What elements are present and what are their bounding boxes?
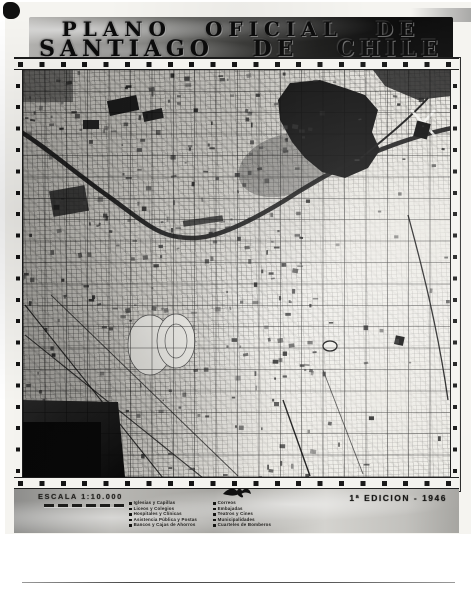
- condor-icon: [222, 485, 252, 499]
- map-legend: Iglesias y Capillas Liceos y Colegios Ho…: [129, 501, 271, 528]
- legend-right-column: Correos Embajadas Teatros y Cines Munici…: [213, 501, 271, 528]
- edition-label: 1ª EDICION - 1946: [349, 493, 447, 503]
- page: PLANO OFICIAL DE SANTIAGO DE CHILE: [0, 0, 476, 600]
- ruler-right-ticks: [453, 74, 457, 473]
- photo-corner-blemish: [3, 2, 20, 19]
- legend-symbol-icon: [129, 524, 132, 527]
- ruler-top: [14, 57, 459, 70]
- city-map: [23, 70, 450, 477]
- legend-symbol-icon: [129, 502, 132, 505]
- legend-item: Cuarteles de Bomberos: [213, 523, 271, 528]
- legend-label: Bancos y Cajas de Ahorros: [134, 523, 196, 528]
- title-band: PLANO OFICIAL DE SANTIAGO DE CHILE: [29, 17, 453, 60]
- legend-symbol-icon: [129, 513, 132, 516]
- caption-strip: ESCALA 1:10.000 Iglesias y Capillas Lice…: [14, 489, 459, 533]
- legend-symbol-icon: [213, 519, 216, 522]
- photo-vignette: [23, 70, 450, 477]
- legend-symbol-icon: [129, 508, 132, 511]
- ruler-left-ticks: [16, 74, 20, 473]
- bottom-rule-line: [22, 582, 455, 583]
- ruler-right: [450, 70, 459, 477]
- ruler-top-ticks: [18, 62, 455, 67]
- legend-label: Correos: [218, 501, 236, 506]
- legend-symbol-icon: [213, 513, 216, 516]
- legend-label: Iglesias y Capillas: [134, 501, 176, 506]
- ruler-left: [14, 70, 23, 477]
- legend-item: Correos: [213, 501, 271, 506]
- scale-label: ESCALA 1:10.000: [38, 492, 123, 501]
- legend-symbol-icon: [213, 524, 216, 527]
- legend-item: Iglesias y Capillas: [129, 501, 197, 506]
- legend-symbol-icon: [129, 519, 132, 522]
- legend-item: Bancos y Cajas de Ahorros: [129, 523, 197, 528]
- legend-symbol-icon: [213, 508, 216, 511]
- legend-symbol-icon: [213, 502, 216, 505]
- legend-left-column: Iglesias y Capillas Liceos y Colegios Ho…: [129, 501, 197, 528]
- legend-label: Cuarteles de Bomberos: [218, 523, 272, 528]
- scale-bar: [44, 504, 124, 507]
